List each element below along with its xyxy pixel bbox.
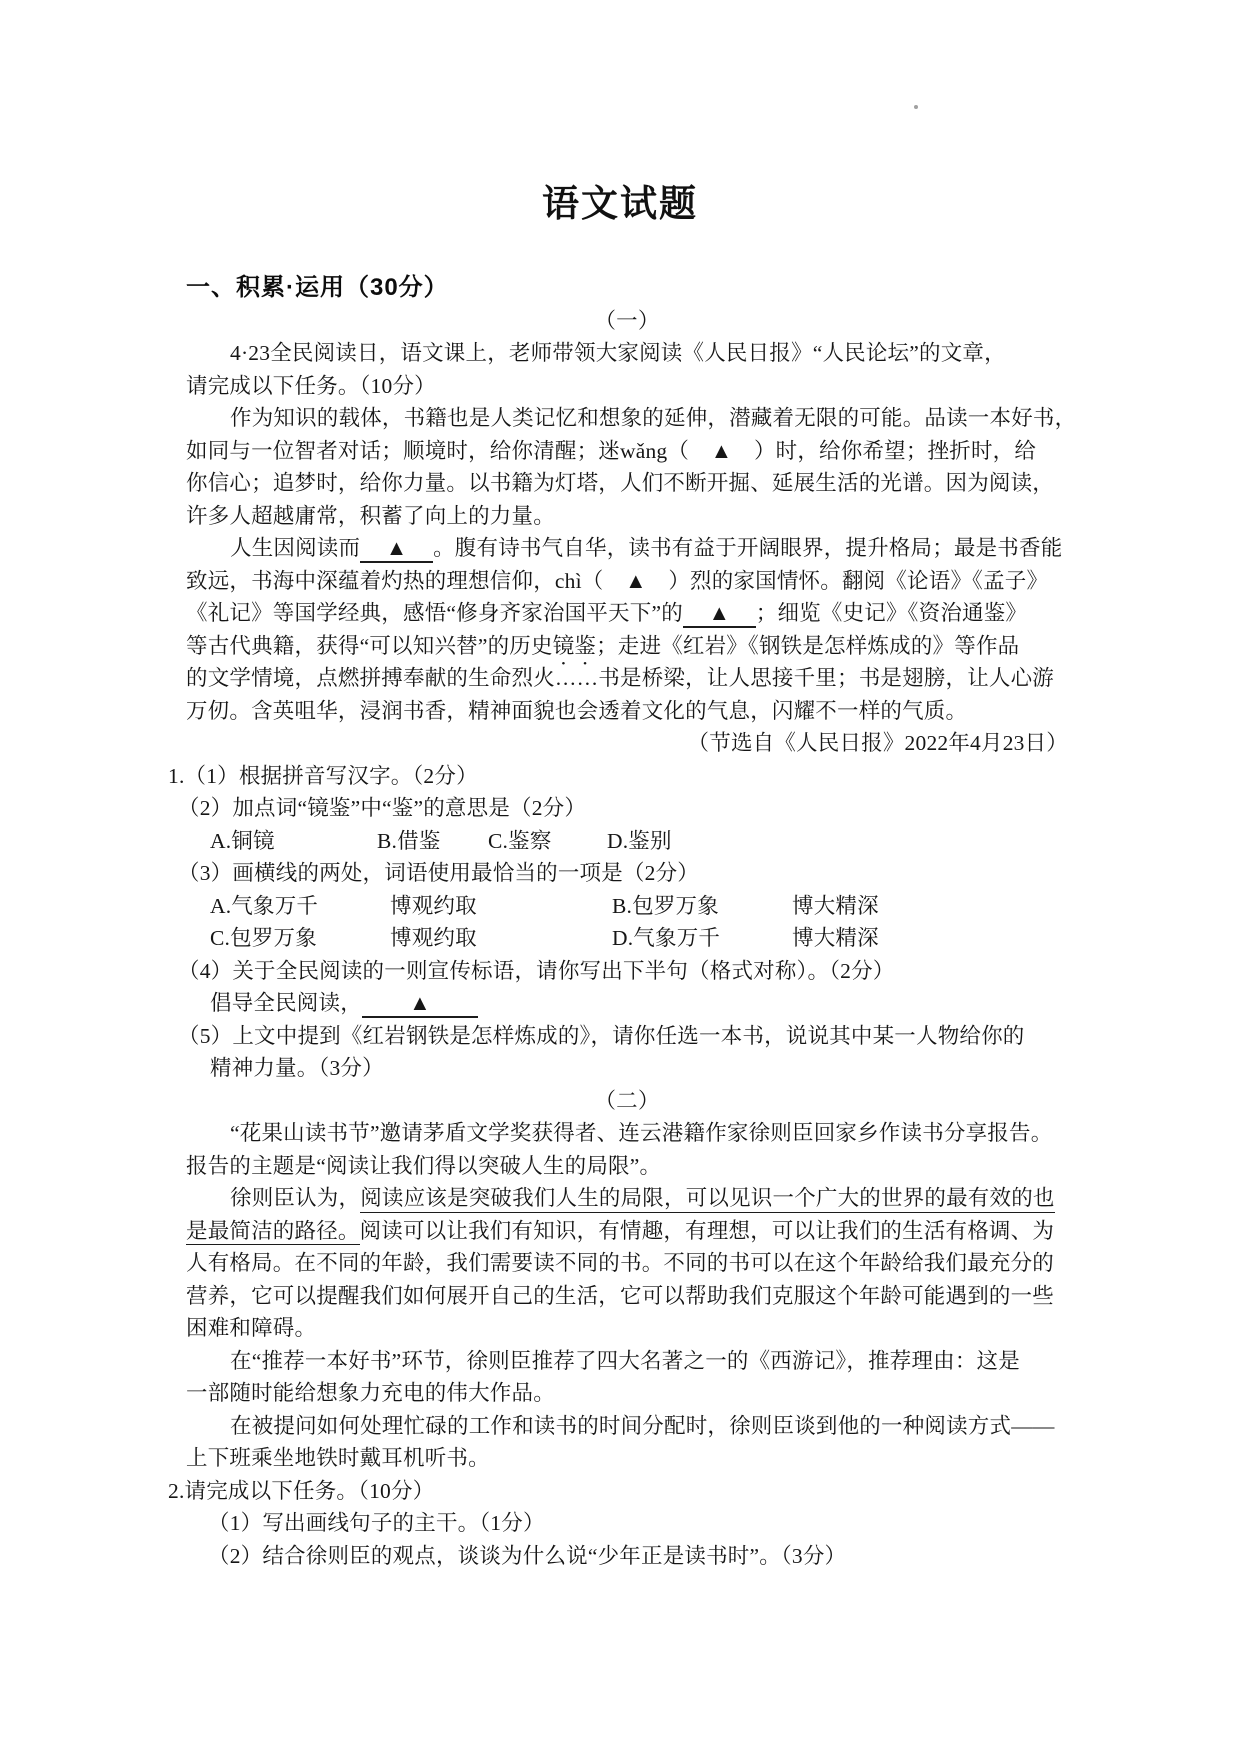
passage1-line-4: 许多人超越庸常，积蓄了向上的力量。 (186, 500, 1068, 533)
option-c: C.鉴察 (488, 825, 607, 858)
doc-text: 困难和障碍。 (186, 1316, 316, 1340)
fill-blank-1: ▲ (360, 535, 433, 563)
question-2-1: （1）写出画线句子的主干。（1分） (208, 1507, 1068, 1540)
passage2-line-2: 报告的主题是“阅读让我们得以突破人生的局限”。 (186, 1150, 1068, 1183)
doc-text: （4）关于全民阅读的一则宣传标语，请你写出下半句（格式对称）。（2分） (178, 959, 895, 983)
doc-text: 徐则臣认为， (230, 1186, 360, 1210)
doc-text: 上下班乘坐地铁时戴耳机听书。 (186, 1446, 490, 1470)
doc-text: 请完成以下任务。（10分） (186, 374, 436, 398)
doc-text: （1）写出画线句子的主干。（1分） (208, 1511, 545, 1535)
section-1-heading-text: 一、积累·运用（30分） (186, 274, 449, 301)
passage2-line-9: 一部随时能给想象力充电的伟大作品。 (186, 1377, 1068, 1410)
fill-blank-2: ▲ (683, 600, 756, 628)
emphasized-word: 镜鉴 (553, 634, 596, 658)
doc-text: 致远，书海中深蕴着灼热的理想信仰，chì（ ▲ ）烈的家国情怀。翻阅《论语》《孟… (186, 569, 1048, 593)
question-2-2: （2）结合徐则臣的观点，谈谈为什么说“少年正是读书时”。（3分） (208, 1540, 1068, 1573)
passage2-line-3: 徐则臣认为，阅读应该是突破我们人生的局限，可以见识一个广大的世界的最有效的也 (230, 1182, 1068, 1215)
doc-text: 万仞。含英咀华，浸润书香，精神面貌也会透着文化的气息，闪耀不一样的气质。 (186, 699, 967, 723)
passage2-line-4: 是最简洁的路径。阅读可以让我们有知识，有情趣，有理想，可以让我们的生活有格调、为 (186, 1215, 1068, 1248)
part-2-label-text: （二） (594, 1089, 659, 1113)
doc-text: 营养，它可以提醒我们如何展开自己的生活，它可以帮助我们克服这个年龄可能遇到的一些 (186, 1284, 1054, 1308)
passage1-line-5: 人生因阅读而 ▲ 。腹有诗书气自华，读书有益于开阔眼界，提升格局；最是书香能 (230, 532, 1068, 565)
passage1-line-2: 如同与一位智者对话；顺境时，给你清醒；迷wǎng（ ▲ ）时，给你希望；挫折时，… (186, 435, 1068, 468)
passage1-line-1: 作为知识的载体，书籍也是人类记忆和想象的延伸，潜藏着无限的可能。品读一本好书， (230, 402, 1068, 435)
option-a: A.铜镜 (210, 825, 377, 858)
underlined-sentence: 阅读应该是突破我们人生的局限，可以见识一个广大的世界的最有效的也 (360, 1186, 1054, 1213)
passage1-line-3: 你信心；追梦时，给你力量。以书籍为灯塔，人们不断开掘、延展生活的光谱。因为阅读， (186, 467, 1068, 500)
doc-text: 作为知识的载体，书籍也是人类记忆和想象的延伸，潜藏着无限的可能。品读一本好书， (230, 406, 1076, 430)
doc-text: 《礼记》等国学经典，感悟“修身齐家治国平天下”的 (186, 601, 683, 625)
doc-text: 博大精深 (792, 894, 879, 918)
question-1-4: （4）关于全民阅读的一则宣传标语，请你写出下半句（格式对称）。（2分） (178, 955, 1068, 988)
doc-text: 等古代典籍，获得“可以知兴替”的历史 (186, 634, 553, 658)
question-1-5-cont: 精神力量。（3分） (210, 1052, 1068, 1085)
doc-text: ；走进《红岩》《钢铁是怎样炼成的》等作品 (596, 634, 1019, 658)
doc-text: 报告的主题是“阅读让我们得以突破人生的局限”。 (186, 1154, 661, 1178)
doc-text: （5）上文中提到《红岩钢铁是怎样炼成的》，请你任选一本书，说说其中某一人物给你的 (178, 1024, 1025, 1048)
part-1-label-text: （一） (594, 309, 659, 333)
intro-line-2: 请完成以下任务。（10分） (186, 370, 1068, 403)
question-1-4-answer-line: 倡导全民阅读， ▲ (210, 987, 1068, 1020)
exam-page: { "document": { "title": "语文试题", "stray_… (0, 0, 1240, 1753)
passage2-line-5: 人有格局。在不同的年龄，我们需要读不同的书。不同的书可以在这个年龄给我们最充分的 (186, 1247, 1068, 1280)
passage2-line-8: 在“推荐一本好书”环节，徐则臣推荐了四大名著之一的《西游记》，推荐理由：这是 (230, 1345, 1068, 1378)
passage1-line-6: 致远，书海中深蕴着灼热的理想信仰，chì（ ▲ ）烈的家国情怀。翻阅《论语》《孟… (186, 565, 1068, 598)
doc-text: 你信心；追梦时，给你力量。以书籍为灯塔，人们不断开掘、延展生活的光谱。因为阅读， (186, 471, 1054, 495)
passage1-line-8: 等古代典籍，获得“可以知兴替”的历史镜鉴；走进《红岩》《钢铁是怎样炼成的》等作品 (186, 630, 1068, 663)
passage2-line-11: 上下班乘坐地铁时戴耳机听书。 (186, 1442, 1068, 1475)
doc-text: 倡导全民阅读， (210, 991, 362, 1015)
passage1-line-7: 《礼记》等国学经典，感悟“修身齐家治国平天下”的 ▲ ；细览《史记》《资治通鉴》 (186, 597, 1068, 630)
option-b: B.包罗万象 (612, 890, 792, 923)
source-line: （节选自《人民日报》2022年4月23日） (186, 727, 1068, 760)
passage2-line-7: 困难和障碍。 (186, 1312, 1068, 1345)
section-1-heading: 一、积累·运用（30分） (186, 272, 1068, 305)
doc-text: “花果山读书节”邀请茅盾文学奖获得者、连云港籍作家徐则臣回家乡作读书分享报告。 (230, 1121, 1052, 1145)
doc-text: 1.（1）根据拼音写汉字。（2分） (168, 764, 478, 788)
question-1-3: （3）画横线的两处，词语使用最恰当的一项是（2分） (178, 857, 1068, 890)
fill-blank-3: ▲ (362, 990, 478, 1018)
doc-text: 2.请完成以下任务。（10分） (168, 1479, 434, 1503)
stray-scan-mark (914, 105, 918, 109)
underlined-sentence: 是最简洁的路径。 (186, 1219, 360, 1246)
question-1-5: （5）上文中提到《红岩钢铁是怎样炼成的》，请你任选一本书，说说其中某一人物给你的 (178, 1020, 1068, 1053)
doc-text: 博大精深 (792, 926, 879, 950)
doc-text: 4·23全民阅读日，语文课上，老师带领大家阅读《人民日报》“人民论坛”的文章， (230, 341, 1006, 365)
doc-text: 在“推荐一本好书”环节，徐则臣推荐了四大名著之一的《西游记》，推荐理由：这是 (230, 1349, 1020, 1373)
option-d: D.气象万千 (612, 922, 792, 955)
passage2-line-1: “花果山读书节”邀请茅盾文学奖获得者、连云港籍作家徐则臣回家乡作读书分享报告。 (230, 1117, 1068, 1150)
part-2-label: （二） (186, 1085, 1068, 1118)
passage1-line-10: 万仞。含英咀华，浸润书香，精神面貌也会透着文化的气息，闪耀不一样的气质。 (186, 695, 1068, 728)
doc-text: ；细览《史记》《资治通鉴》 (756, 601, 1027, 625)
doc-text: 博观约取 (390, 922, 612, 955)
intro-line-1: 4·23全民阅读日，语文课上，老师带领大家阅读《人民日报》“人民论坛”的文章， (230, 337, 1068, 370)
doc-text: 人生因阅读而 (230, 536, 360, 560)
passage1-line-9: 的文学情境，点燃拼搏奉献的生命烈火……书是桥梁，让人思接千里；书是翅膀，让人心游 (186, 662, 1068, 695)
doc-text: （3）画横线的两处，词语使用最恰当的一项是（2分） (178, 861, 699, 885)
source-text: （节选自《人民日报》2022年4月23日） (688, 731, 1068, 755)
question-1-1: 1.（1）根据拼音写汉字。（2分） (168, 760, 1068, 793)
doc-text: 在被提问如何处理忙碌的工作和读书的时间分配时，徐则臣谈到他的一种阅读方式—— (230, 1414, 1055, 1438)
doc-text: （2）加点词“镜鉴”中“鉴”的意思是（2分） (178, 796, 586, 820)
doc-text: 。腹有诗书气自华，读书有益于开阔眼界，提升格局；最是书香能 (433, 536, 1062, 560)
question-1-3-options-ab: A.气象万千博观约取B.包罗万象博大精深 (210, 890, 1068, 923)
doc-text: 一部随时能给想象力充电的伟大作品。 (186, 1381, 555, 1405)
question-1-3-options-cd: C.包罗万象博观约取D.气象万千博大精深 (210, 922, 1068, 955)
exam-title: 语文试题 (0, 183, 1240, 227)
option-d: D.鉴别 (607, 829, 672, 853)
doc-text: 的文学情境，点燃拼搏奉献的生命烈火……书是桥梁，让人思接千里；书是翅膀，让人心游 (186, 666, 1054, 690)
exam-body: 一、积累·运用（30分）（一）4·23全民阅读日，语文课上，老师带领大家阅读《人… (186, 272, 1068, 1572)
doc-text: 博观约取 (390, 890, 612, 923)
doc-text: 如同与一位智者对话；顺境时，给你清醒；迷wǎng（ ▲ ）时，给你希望；挫折时，… (186, 439, 1036, 463)
passage2-line-6: 营养，它可以提醒我们如何展开自己的生活，它可以帮助我们克服这个年龄可能遇到的一些 (186, 1280, 1068, 1313)
doc-text: （2）结合徐则臣的观点，谈谈为什么说“少年正是读书时”。（3分） (208, 1544, 846, 1568)
option-a: A.气象万千 (210, 890, 390, 923)
question-1-2: （2）加点词“镜鉴”中“鉴”的意思是（2分） (178, 792, 1068, 825)
part-1-label: （一） (186, 305, 1068, 338)
option-c: C.包罗万象 (210, 922, 390, 955)
option-b: B.借鉴 (377, 825, 488, 858)
doc-text: 阅读可以让我们有知识，有情趣，有理想，可以让我们的生活有格调、为 (360, 1219, 1054, 1243)
doc-text: 许多人超越庸常，积蓄了向上的力量。 (186, 504, 555, 528)
question-2: 2.请完成以下任务。（10分） (168, 1475, 1068, 1508)
passage2-line-10: 在被提问如何处理忙碌的工作和读书的时间分配时，徐则臣谈到他的一种阅读方式—— (230, 1410, 1068, 1443)
question-1-2-options: A.铜镜B.借鉴C.鉴察D.鉴别 (210, 825, 1068, 858)
doc-text: 人有格局。在不同的年龄，我们需要读不同的书。不同的书可以在这个年龄给我们最充分的 (186, 1251, 1054, 1275)
doc-text: 精神力量。（3分） (210, 1056, 384, 1080)
